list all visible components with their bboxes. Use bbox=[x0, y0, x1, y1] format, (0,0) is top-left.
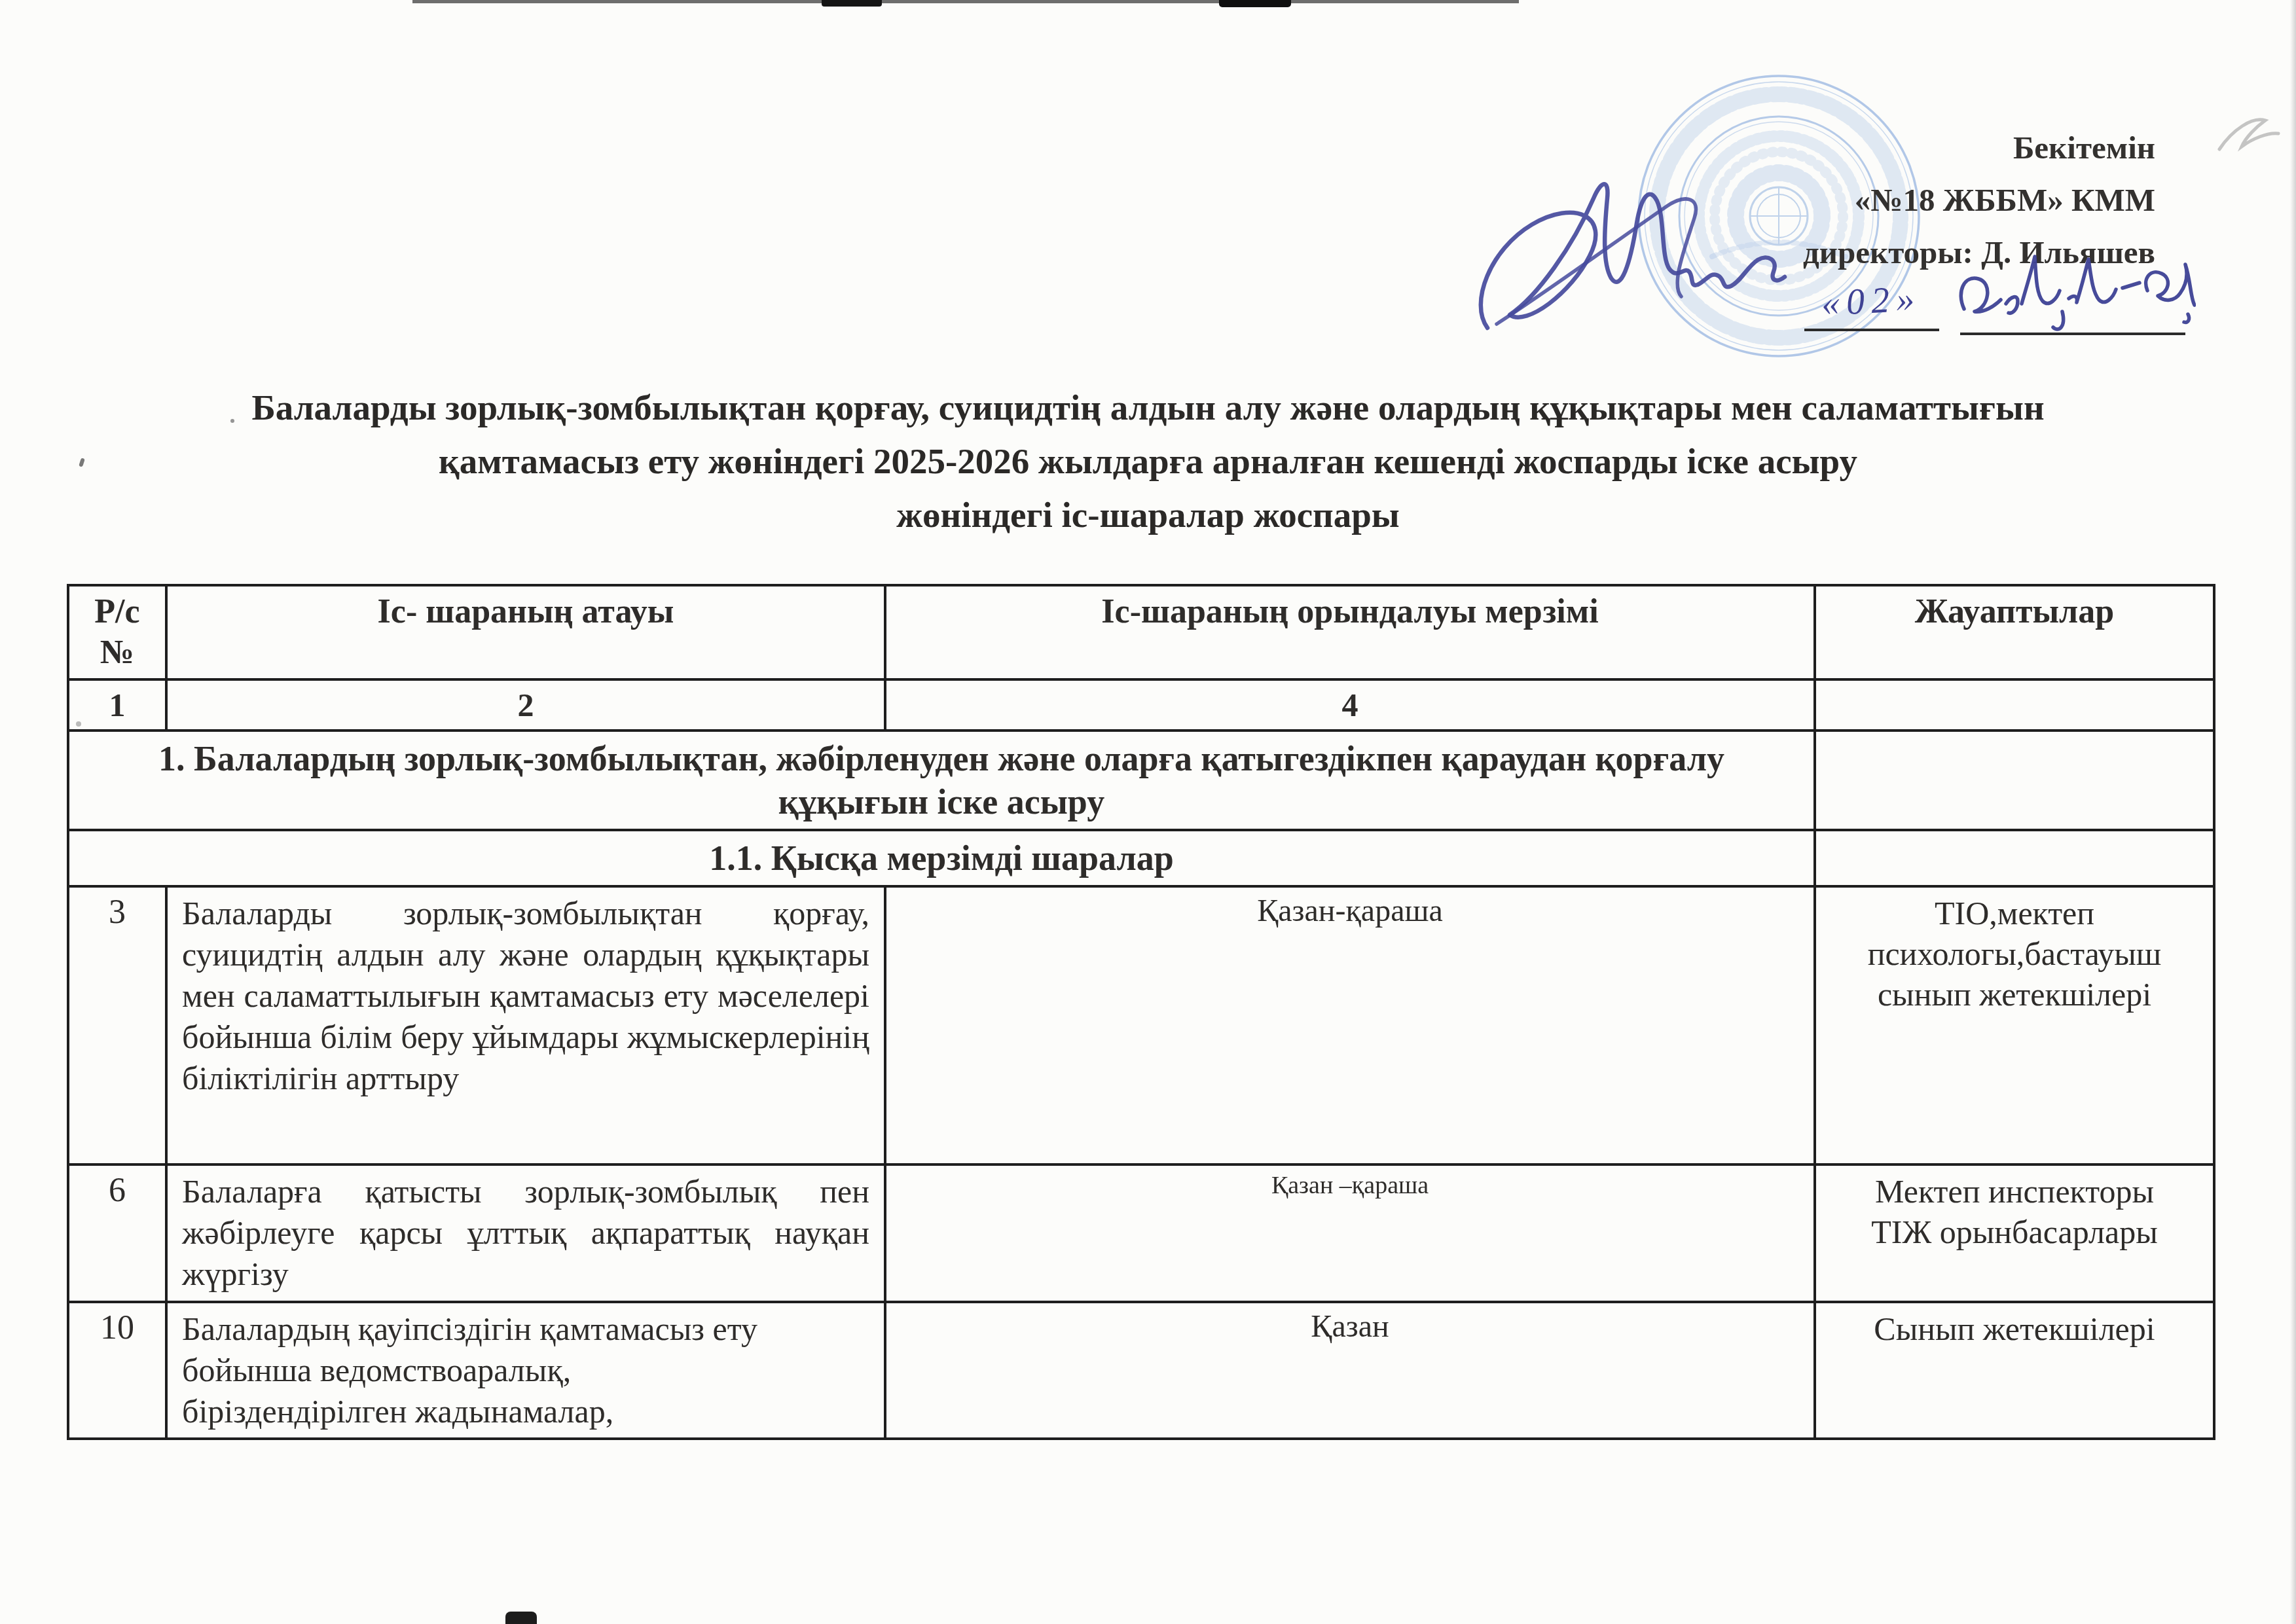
scan-artifact-blob bbox=[1219, 0, 1291, 7]
scan-artifact-top-strip bbox=[412, 0, 1519, 3]
title-line-2: қамтамасыз ету жөніндегі 2025-2026 жылда… bbox=[0, 435, 2296, 488]
header-responsible: Жауаптылар bbox=[1815, 585, 2214, 679]
row-activity: Балалардың қауіпсіздігін қамтамасыз ету … bbox=[166, 1302, 885, 1439]
handwritten-day: «02» bbox=[1820, 278, 1922, 325]
table-row: 3 Балаларды зорлық-зомбылықтан қорғау, с… bbox=[68, 886, 2214, 1164]
row-term: Қазан-қараша bbox=[885, 886, 1815, 1164]
column-numbering-row: 1 2 4 bbox=[68, 679, 2214, 731]
numbering-cell-2: 2 bbox=[166, 679, 885, 731]
section-1-empty-cell bbox=[1815, 731, 2214, 830]
table-row: 10 Балалардың қауіпсіздігін қамтамасыз е… bbox=[68, 1302, 2214, 1439]
table-header-row: Р/с № Іс- шараның атауы Іс-шараның орынд… bbox=[68, 585, 2214, 679]
row-number: 10 bbox=[68, 1302, 166, 1439]
row-activity: Балаларға қатысты зорлық-зомбылық пен жә… bbox=[166, 1164, 885, 1302]
document-title: Балаларды зорлық-зомбылықтан қорғау, суи… bbox=[0, 381, 2296, 542]
section-1-1-empty-cell bbox=[1815, 830, 2214, 886]
numbering-cell-1: 1 bbox=[68, 679, 166, 731]
scanned-document-page: Бекітемін «№18 ЖББМ» КММ директоры: Д. И… bbox=[0, 0, 2296, 1624]
handwritten-month-word bbox=[1954, 249, 2196, 334]
numbering-cell-4: 4 bbox=[885, 679, 1815, 731]
approval-organization: «№18 ЖББМ» КММ bbox=[1803, 174, 2155, 226]
row-activity: Балаларды зорлық-зомбылықтан қорғау, суи… bbox=[166, 886, 885, 1164]
row-number: 3 bbox=[68, 886, 166, 1164]
header-number: Р/с № bbox=[68, 585, 166, 679]
director-signature bbox=[1473, 160, 1800, 344]
pencil-mark bbox=[2213, 103, 2296, 175]
title-line-3: жөніндегі іс-шаралар жоспары bbox=[0, 488, 2296, 542]
section-1-1-row: 1.1. Қысқа мерзімді шаралар bbox=[68, 830, 2214, 886]
scan-artifact-blob bbox=[505, 1612, 537, 1624]
scan-artifact-edge bbox=[2290, 0, 2296, 1624]
action-plan-table: Р/с № Іс- шараның атауы Іс-шараның орынд… bbox=[67, 584, 2215, 1440]
header-term: Іс-шараның орындалуы мерзімі bbox=[885, 585, 1815, 679]
month-underline bbox=[1960, 333, 2185, 335]
row-responsible: ТІО,мектеп психологы,бастауыш сынып жете… bbox=[1815, 886, 2214, 1164]
section-1-1-title: 1.1. Қысқа мерзімді шаралар bbox=[68, 830, 1815, 886]
row-responsible: Мектеп инспекторы ТІЖ орынбасарлары bbox=[1815, 1164, 2214, 1302]
approval-word: Бекітемін bbox=[1803, 122, 2155, 174]
date-underline bbox=[1804, 329, 1939, 331]
header-activity: Іс- шараның атауы bbox=[166, 585, 885, 679]
numbering-cell-empty bbox=[1815, 679, 2214, 731]
section-1-row: 1. Балалардың зорлық-зомбылықтан, жәбірл… bbox=[68, 731, 2214, 830]
scan-artifact-blob bbox=[822, 0, 882, 7]
row-responsible: Сынып жетекшілері bbox=[1815, 1302, 2214, 1439]
table-row: 6 Балаларға қатысты зорлық-зомбылық пен … bbox=[68, 1164, 2214, 1302]
section-1-title: 1. Балалардың зорлық-зомбылықтан, жәбірл… bbox=[68, 731, 1815, 830]
title-line-1: Балаларды зорлық-зомбылықтан қорғау, суи… bbox=[0, 381, 2296, 435]
row-term: Қазан –қараша bbox=[885, 1164, 1815, 1302]
row-term: Қазан bbox=[885, 1302, 1815, 1439]
row-number: 6 bbox=[68, 1164, 166, 1302]
